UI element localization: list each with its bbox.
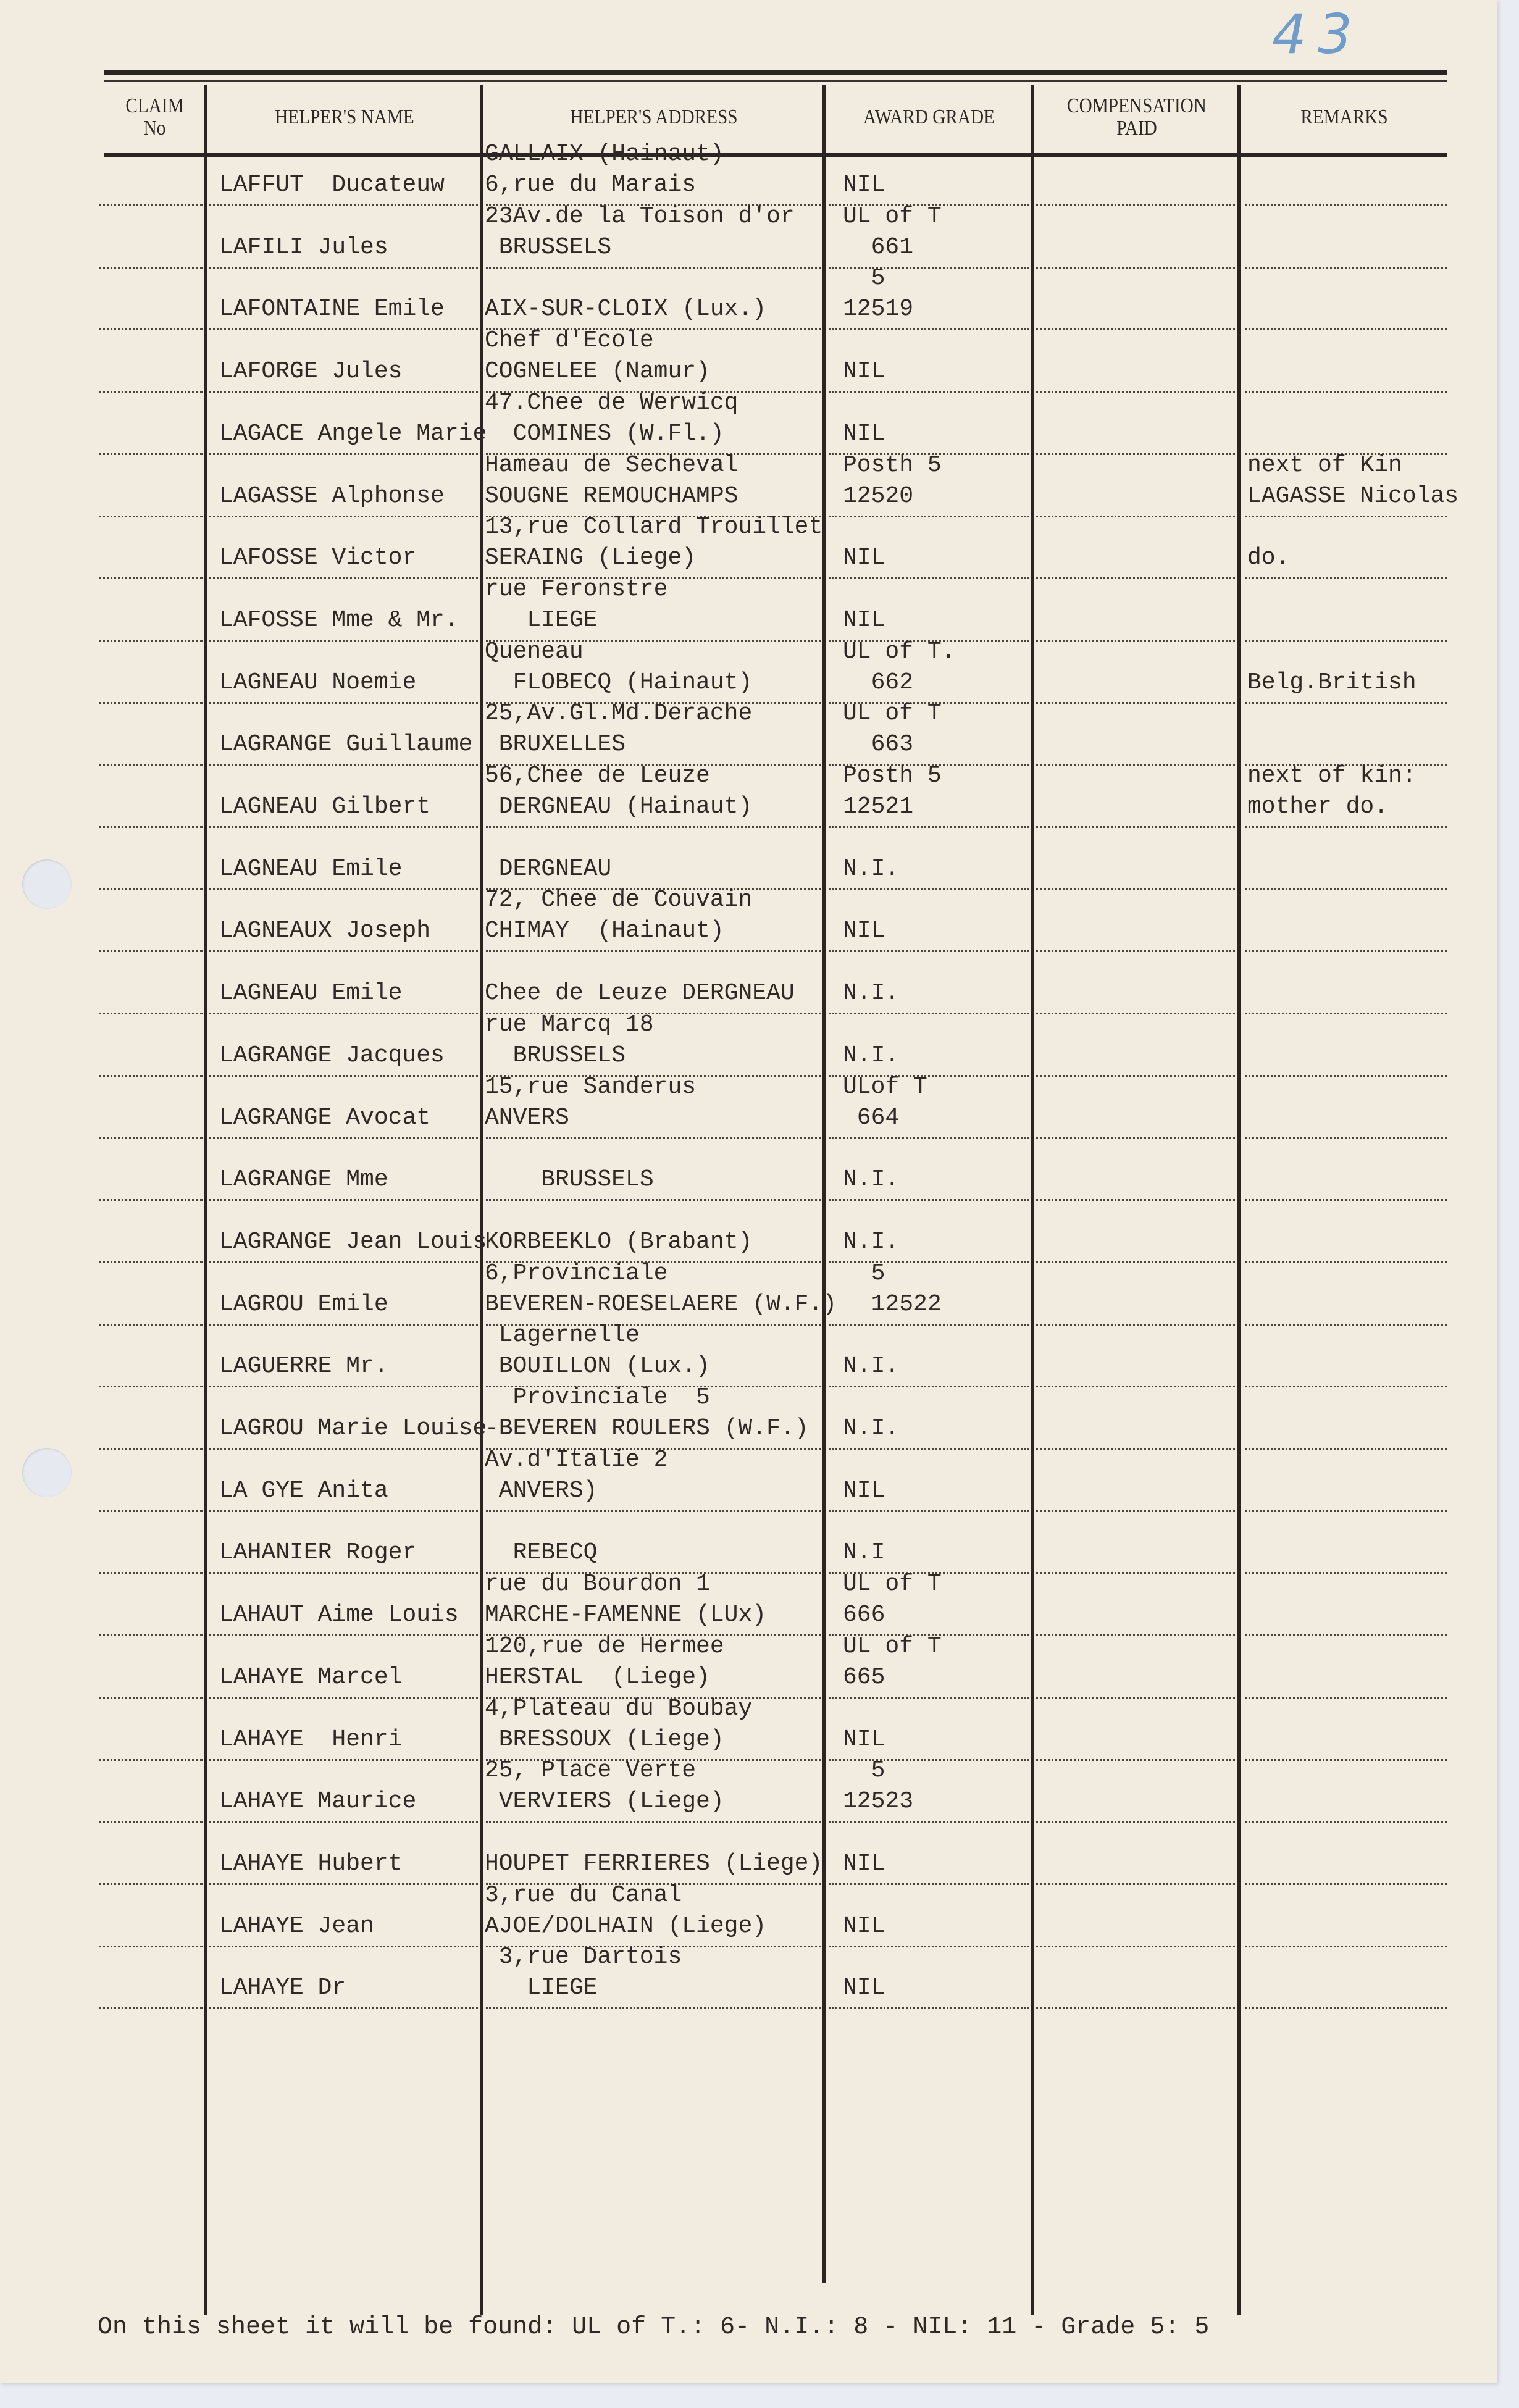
table-row: LAFILI Jules 23Av.de la Toison d'or BRUS… [0, 206, 1497, 268]
award-grade: Posth 5 12521 [843, 761, 942, 822]
helper-name: LAHANIER Roger [219, 1537, 416, 1568]
table-row: LAHAUT Aime Louis rue du Bourdon 1 MARCH… [0, 1574, 1497, 1636]
helper-name: LAGRANGE Avocat [219, 1103, 430, 1134]
helper-address: 15,rue Sanderus ANVERS [485, 1072, 696, 1134]
helper-name: LAFONTAINE Emile [219, 294, 445, 325]
helper-name: LAHAYE Hubert [219, 1849, 402, 1879]
award-grade: N.I. [843, 1227, 899, 1258]
helper-name: LAHAYE Henri [219, 1724, 402, 1755]
table-row: LAGNEAU Noemie Queneau FLOBECQ (Hainaut)… [0, 642, 1497, 703]
helper-address: Lagernelle BOUILLON (Lux.) [485, 1320, 710, 1382]
table-row: LAHAYE Henri 4,Plateau du Boubay BRESSOU… [0, 1699, 1497, 1760]
helper-address: 47.Chee de Werwicq COMINES (W.Fl.) [485, 388, 738, 449]
helper-address: Hameau de Secheval SOUGNE REMOUCHAMPS [485, 450, 738, 512]
helper-name: LAGROU Marie Louise [219, 1413, 487, 1444]
table-row: LAGRANGE Jean Louis KORBEEKLO (Brabant) … [0, 1201, 1497, 1263]
award-grade: N.I. [843, 1413, 899, 1444]
award-grade: N.I. [843, 1040, 899, 1071]
helper-address: 23Av.de la Toison d'or BRUSSELS [485, 201, 795, 263]
award-grade: N.I. [843, 978, 899, 1009]
award-grade: UL of T 666 [843, 1569, 942, 1631]
award-grade: N.I. [843, 1164, 899, 1195]
helper-name: LAGNEAU Emile [219, 978, 402, 1009]
award-grade: NIL [843, 916, 885, 947]
award-grade: NIL [843, 1724, 885, 1755]
award-grade: NIL [843, 1476, 885, 1507]
remarks: do. [1247, 543, 1289, 574]
helper-name: LAGRANGE Jean Louis [219, 1227, 487, 1258]
helper-address: rue Feronstre LIEGE [485, 574, 667, 636]
table-row: LAHAYE Maurice 25, Place Verte VERVIERS … [0, 1760, 1497, 1822]
helper-name: LAHAYE Jean [219, 1911, 374, 1942]
award-grade: NIL [843, 1849, 885, 1879]
table-row: LAHAYE Hubert HOUPET FERRIERES (Liege) N… [0, 1823, 1497, 1884]
helper-name: LAFILI Jules [219, 232, 388, 263]
table-row: LAHANIER Roger REBECQ N.I [0, 1511, 1497, 1573]
helper-address: Av.d'Italie 2 ANVERS) [485, 1445, 667, 1507]
row-rule-award [829, 2007, 1029, 2009]
award-grade: UL of T 665 [843, 1631, 942, 1693]
handwritten-page-number: 43 [1272, 2, 1363, 66]
helper-address: BRUSSELS [485, 1164, 654, 1195]
row-rule-remarks [1245, 2007, 1447, 2009]
table-row: LAGNEAU Emile Chee de Leuze DERGNEAU N.I… [0, 952, 1497, 1014]
helper-address: 25, Place Verte VERVIERS (Liege) [485, 1755, 724, 1817]
header-helper-name: HELPER'S NAME [228, 80, 461, 154]
table-row: LAGASSE Alphonse Hameau de Secheval SOUG… [0, 455, 1497, 517]
helper-address: 56,Chee de Leuze DERGNEAU (Hainaut) [485, 761, 752, 822]
award-grade: NIL [843, 1911, 885, 1942]
helper-name: LAHAUT Aime Louis [219, 1600, 459, 1631]
helper-address: Chef d'Ecole COGNELEE (Namur) [485, 325, 710, 387]
helper-name: LAGNEAUX Joseph [219, 916, 430, 947]
remarks: next of kin: mother do. [1247, 761, 1416, 822]
helper-name: LAHAYE Maurice [219, 1786, 416, 1817]
table-row: LAFFUT Ducateuw GALLAIX (Hainaut) 6,rue … [0, 144, 1497, 206]
award-grade: 5 12522 [843, 1258, 942, 1320]
award-grade: NIL [843, 419, 885, 449]
row-rule-compensation [1036, 2007, 1235, 2009]
helper-name: LAGROU Emile [219, 1289, 388, 1320]
table-row: LAGRANGE Guillaume 25,Av.Gl.Md.Derache B… [0, 703, 1497, 765]
table-row: LAGROU Emile 6,Provinciale BEVEREN-ROESE… [0, 1263, 1497, 1325]
helper-name: LAGNEAU Gilbert [219, 792, 430, 822]
helper-name: LAGRANGE Guillaume [219, 729, 472, 760]
table-row: LAGNEAUX Joseph 72, Chee de Couvain CHIM… [0, 890, 1497, 951]
table-row: LAGRANGE Avocat 15,rue Sanderus ANVERS U… [0, 1077, 1497, 1139]
table-row: LAGNEAU Gilbert 56,Chee de Leuze DERGNEA… [0, 766, 1497, 827]
table-row: LAGNEAU Emile DERGNEAU N.I. [0, 828, 1497, 890]
helper-address: 3,rue du Canal AJOE/DOLHAIN (Liege) [485, 1880, 766, 1942]
award-grade: NIL [843, 170, 885, 201]
table-row: LAGUERRE Mr. Lagernelle BOUILLON (Lux.) … [0, 1325, 1497, 1387]
helper-name: LAFOSSE Mme & Mr. [219, 605, 459, 636]
award-grade: NIL [843, 605, 885, 636]
award-grade: NIL [843, 543, 885, 574]
sheet-summary: On this sheet it will be found: UL of T.… [98, 2312, 1209, 2343]
table-row: LAGRANGE Mme BRUSSELS N.I. [0, 1139, 1497, 1200]
helper-address: Chee de Leuze DERGNEAU [485, 978, 795, 1009]
helper-address: rue Marcq 18 BRUSSELS [485, 1010, 654, 1071]
table-row: LAHAYE Marcel 120,rue de Hermee HERSTAL … [0, 1636, 1497, 1698]
helper-name: LA GYE Anita [219, 1476, 388, 1507]
helper-address: AIX-SUR-CLOIX (Lux.) [485, 294, 766, 325]
helper-address: GALLAIX (Hainaut) 6,rue du Marais [485, 139, 724, 201]
table-row: LAFONTAINE Emile AIX-SUR-CLOIX (Lux.) 5 … [0, 268, 1497, 330]
helper-name: LAGRANGE Mme [219, 1164, 388, 1195]
table-row: LAFOSSE Mme & Mr. rue Feronstre LIEGE NI… [0, 579, 1497, 641]
header-top-rule [104, 70, 1447, 75]
helper-address: 3,rue Dartois LIEGE [485, 1942, 682, 2004]
helper-name: LAGRANGE Jacques [219, 1040, 445, 1071]
helper-address: 6,Provinciale BEVEREN-ROESELAERE (W.F.) [485, 1258, 837, 1320]
helper-name: LAGACE Angele Marie [219, 419, 487, 449]
award-grade: UL of T. 662 [843, 637, 955, 698]
helper-address: 72, Chee de Couvain CHIMAY (Hainaut) [485, 885, 752, 947]
award-grade: NIL [843, 356, 885, 387]
header-award-grade: AWARD GRADE [840, 80, 1017, 154]
helper-address: 25,Av.Gl.Md.Derache BRUXELLES [485, 698, 752, 760]
helper-address: Queneau FLOBECQ (Hainaut) [485, 637, 752, 698]
helper-name: LAFOSSE Victor [219, 543, 416, 574]
award-grade: 5 12519 [843, 263, 913, 325]
row-rule-name [209, 2007, 478, 2009]
header-claim-no: CLAIM No [111, 80, 199, 154]
helper-address: 4,Plateau du Boubay BRESSOUX (Liege) [485, 1694, 752, 1755]
table-row: LA GYE Anita Av.d'Italie 2 ANVERS) NIL [0, 1450, 1497, 1511]
helper-address: 120,rue de Hermee HERSTAL (Liege) [485, 1631, 724, 1693]
award-grade: UL of T 661 [843, 201, 942, 263]
table-row: LAHAYE Dr 3,rue Dartois LIEGE NIL [0, 1947, 1497, 2009]
award-grade: ULof T 664 [843, 1072, 927, 1134]
helper-name: LAHAYE Marcel [219, 1662, 402, 1693]
award-grade: UL of T 663 [843, 698, 942, 760]
remarks: Belg.British [1247, 667, 1416, 698]
helper-name: LAGNEAU Emile [219, 854, 402, 885]
helper-name: LAGASSE Alphonse [219, 481, 445, 512]
helper-address: Provinciale 5 -BEVEREN ROULERS (W.F.) [485, 1382, 809, 1444]
table-row: LAGRANGE Jacques rue Marcq 18 BRUSSELS N… [0, 1014, 1497, 1076]
remarks: next of Kin LAGASSE Nicolas [1247, 450, 1458, 512]
award-grade: NIL [843, 1973, 885, 2004]
award-grade: N.I. [843, 854, 899, 885]
helper-name: LAGNEAU Noemie [219, 667, 416, 698]
table-row: LAGACE Angele Marie 47.Chee de Werwicq C… [0, 393, 1497, 454]
award-grade: Posth 5 12520 [843, 450, 942, 512]
row-rule-claim [99, 2007, 203, 2009]
table-row: LAHAYE Jean 3,rue du Canal AJOE/DOLHAIN … [0, 1885, 1497, 1947]
header-remarks: REMARKS [1256, 80, 1433, 154]
document-sheet: 43 CLAIM No HELPER'S NAME HELPER'S ADDRE… [0, 0, 1497, 2383]
table-row: LAFOSSE Victor 13,rue Collard Trouillet … [0, 517, 1497, 579]
helper-name: LAFFUT Ducateuw [219, 170, 445, 201]
helper-name: LAHAYE Dr [219, 1973, 346, 2004]
table-row: LAFORGE Jules Chef d'Ecole COGNELEE (Nam… [0, 330, 1497, 392]
award-grade: N.I [843, 1537, 885, 1568]
helper-address: KORBEEKLO (Brabant) [485, 1227, 752, 1258]
award-grade: N.I. [843, 1351, 899, 1382]
helper-address: REBECQ [485, 1537, 597, 1568]
header-compensation-paid: COMPENSATION PAID [1049, 80, 1224, 154]
award-grade: 5 12523 [843, 1755, 913, 1817]
helper-address: rue du Bourdon 1 MARCHE-FAMENNE (LUx) [485, 1569, 766, 1631]
row-rule-address [486, 2007, 821, 2009]
table-row: LAGROU Marie Louise Provinciale 5 -BEVER… [0, 1387, 1497, 1449]
helper-name: LAFORGE Jules [219, 356, 402, 387]
helper-name: LAGUERRE Mr. [219, 1351, 388, 1382]
helper-address: DERGNEAU [485, 854, 611, 885]
helper-address: 13,rue Collard Trouillet SERAING (Liege) [485, 512, 822, 574]
helper-address: HOUPET FERRIERES (Liege) [485, 1849, 822, 1879]
